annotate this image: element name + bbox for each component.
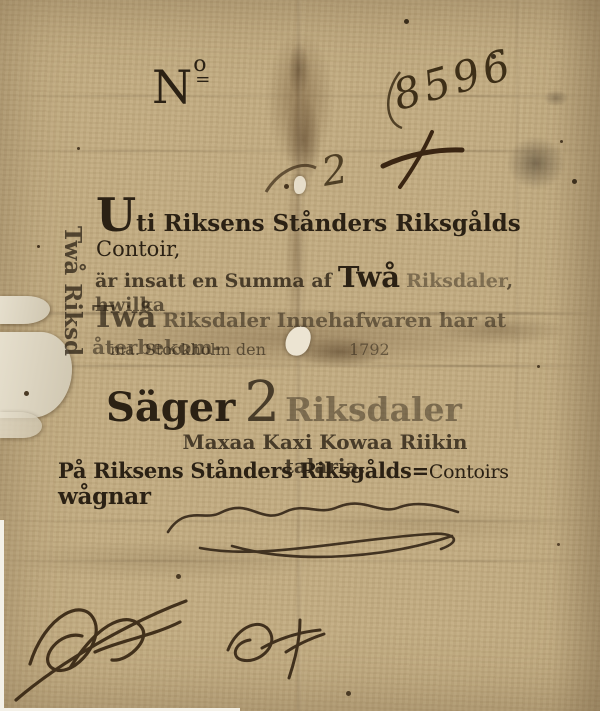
handwritten-serial-number: 8596: [388, 39, 520, 120]
edge-tear: [0, 296, 50, 324]
body-line-4: ma. Stockholm den 1792: [110, 340, 390, 359]
line3-amount: Twå: [92, 300, 156, 335]
serial-n: N: [152, 60, 193, 114]
line4-year: 1792: [349, 340, 390, 359]
drop-cap-U: U: [96, 188, 136, 242]
body-line-1: Uti Riksens Stånders Riksgålds Contoir,: [96, 200, 546, 261]
line2-start: är insatt en Summa af: [95, 270, 332, 292]
wagnar-line: På Riksens Stånders Riksgålds=Contoirs w…: [58, 458, 553, 510]
denomination-flourish: [266, 165, 316, 192]
wagnar-end: wågnar: [58, 483, 151, 510]
line2-unit: Riksdaler: [406, 270, 506, 292]
banknote-scan: No= 8596 2 Uti Riksens Stånders Riksgåld…: [0, 0, 600, 711]
signature-cashier: [168, 504, 458, 557]
wagnar-roman: Contoirs: [429, 461, 509, 483]
serial-number-label: No=: [152, 52, 211, 114]
sager-word: Säger: [106, 384, 235, 431]
serial-o-superscript: o=: [193, 52, 211, 83]
sager-unit: Riksdaler: [285, 390, 462, 429]
line1-fraktur-text: ti Riksens Stånders Riksgålds: [136, 210, 521, 237]
sager-line: Säger 2 Riksdaler: [106, 370, 462, 435]
serial-underline: =: [195, 77, 211, 83]
handwritten-cross-mark: [383, 132, 462, 187]
line4-place-date: ma. Stockholm den: [110, 340, 266, 359]
wagnar-separator: =: [412, 458, 429, 483]
signature-monogram: [228, 620, 324, 678]
scan-edge: [0, 520, 4, 711]
paper-hole: [294, 176, 306, 194]
sager-digit: 2: [244, 370, 280, 435]
wagnar-fraktur: På Riksens Stånders Riksgålds: [58, 458, 412, 483]
line2-amount: Twå: [338, 260, 400, 294]
handwritten-denomination-mark: 2: [318, 146, 351, 196]
edge-tear: [0, 412, 42, 438]
signature-bottom-left: [16, 601, 186, 700]
edge-vertical-denomination: Twå Riksd: [59, 226, 86, 356]
ink-speckles: [37, 245, 40, 248]
line1-roman-text: Contoir,: [96, 237, 180, 261]
